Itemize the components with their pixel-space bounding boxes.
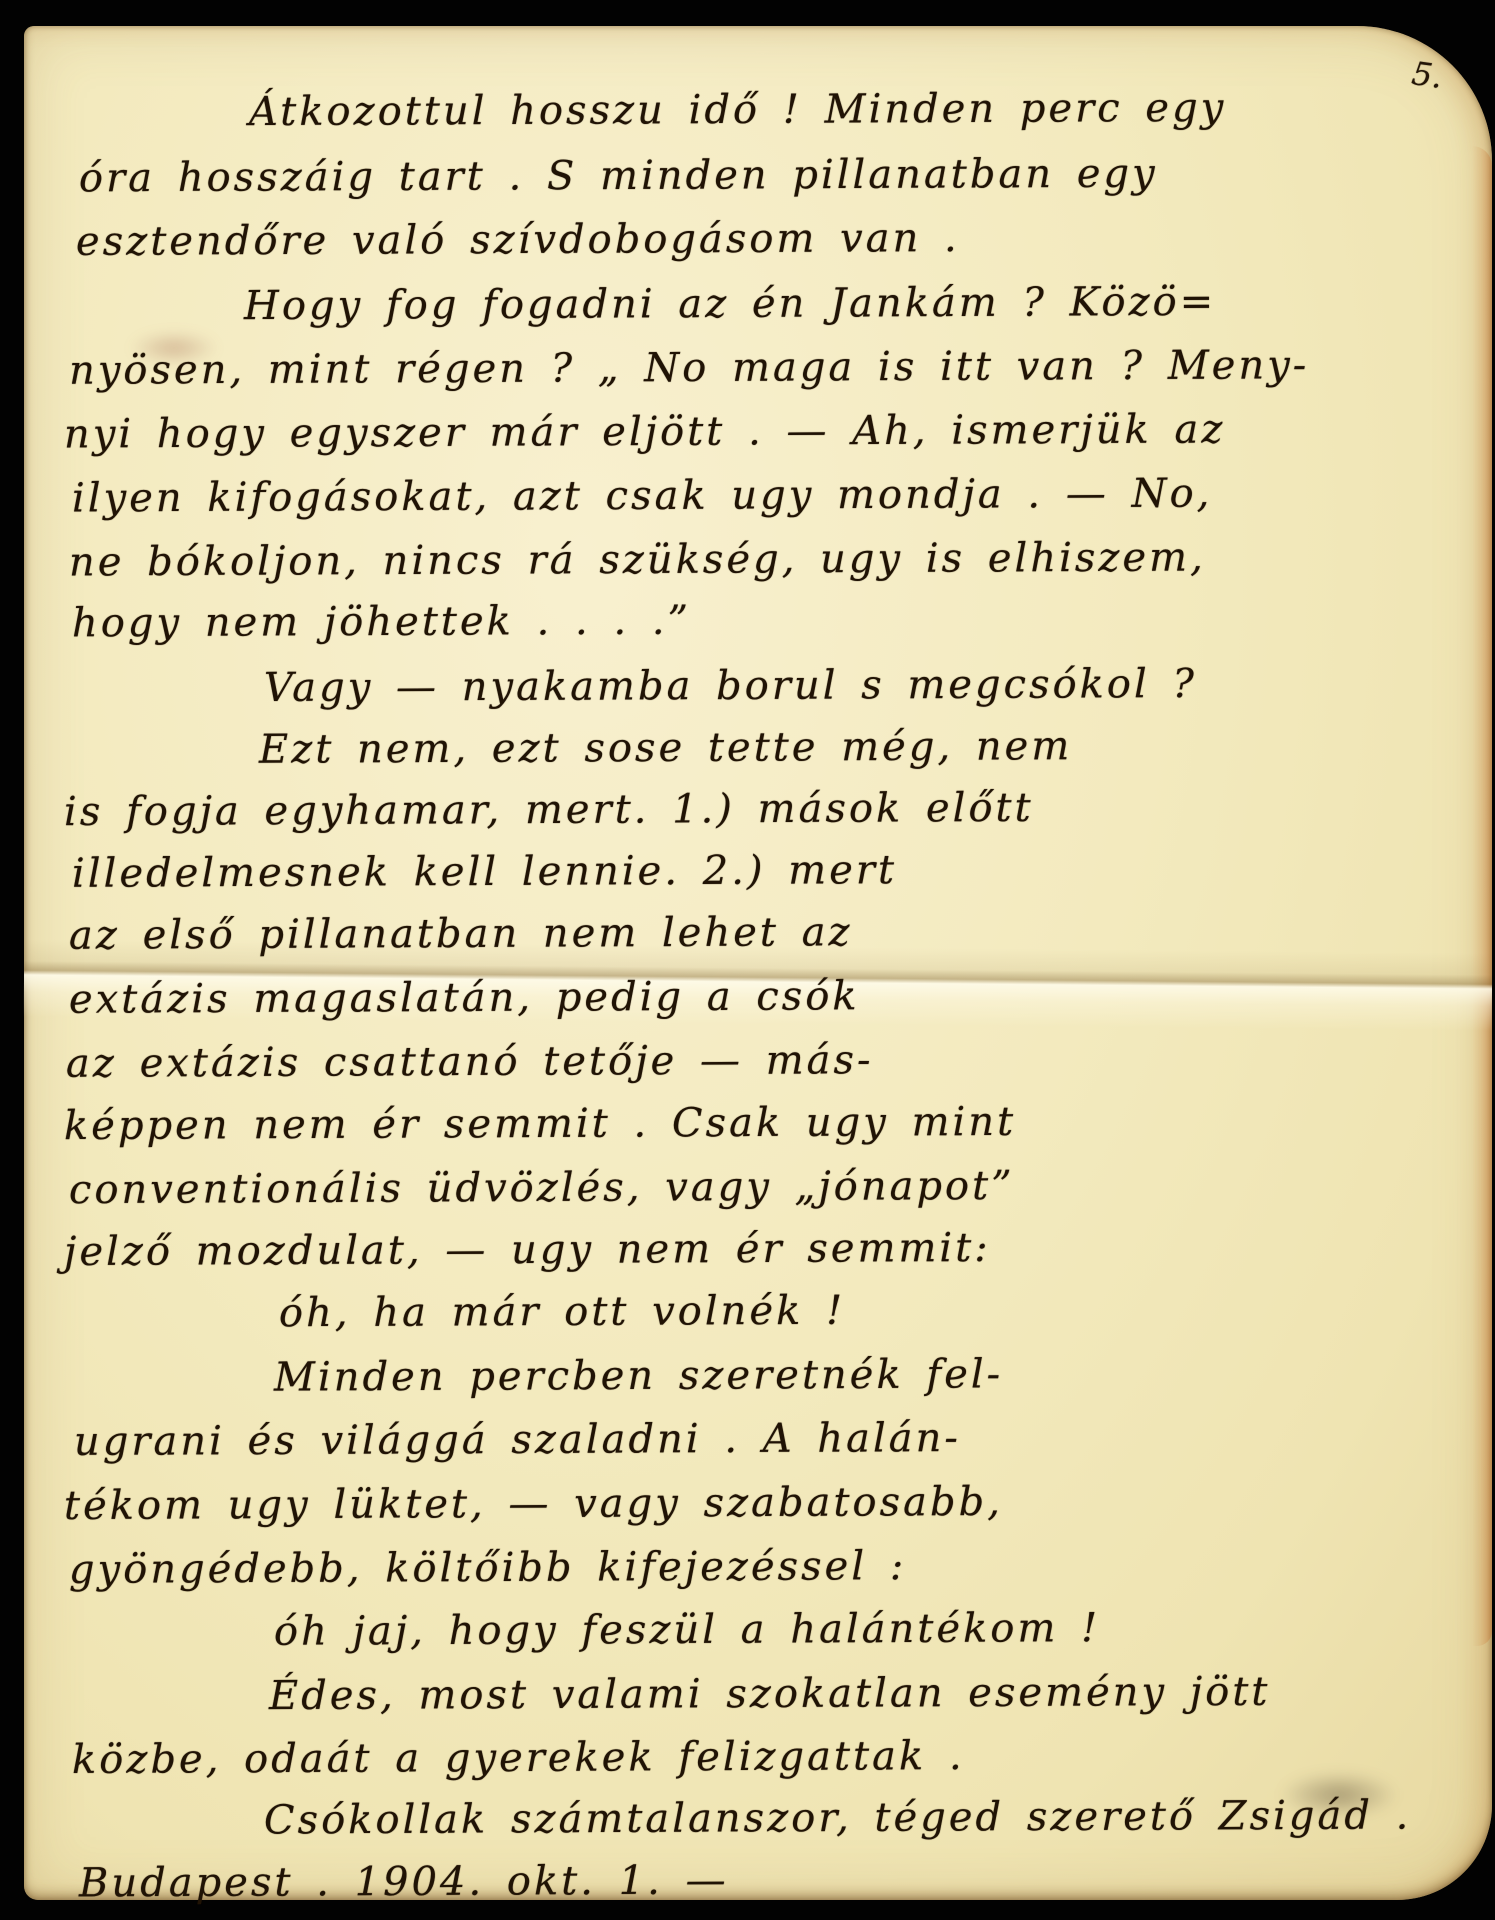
handwriting-line: jelző mozdulat, — ugy nem ér semmit: <box>64 1222 991 1278</box>
handwriting-line: közbe, odaát a gyerekek felizgattak . <box>72 1730 965 1786</box>
letter-page: 5. Átkozottul hosszu idő ! Minden perc e… <box>24 26 1492 1900</box>
handwriting-line: Édes, most valami szokatlan esemény jött <box>269 1666 1271 1722</box>
handwriting-line: Hogy fog fogadni az én Jankám ? Közö= <box>244 276 1216 332</box>
handwriting-line: az extázis csattanó tetője — más- <box>66 1034 874 1090</box>
handwriting-line: Budapest . 1904. okt. 1. — <box>79 1855 729 1910</box>
handwriting-line: ilyen kifogásokat, azt csak ugy mondja .… <box>72 468 1213 525</box>
handwriting-line: nyösen, mint régen ? „ No maga is itt va… <box>69 339 1309 396</box>
handwriting-line: ne bókoljon, nincs rá szükség, ugy is el… <box>69 532 1206 589</box>
page-number: 5. <box>1410 54 1446 96</box>
handwriting-line: óh, ha már ott volnék ! <box>279 1285 845 1339</box>
handwriting-line: esztendőre való szívdobogásom van . <box>76 212 960 268</box>
paper-burnt-edge <box>1472 146 1492 1646</box>
handwriting-line: óh jaj, hogy feszül a halántékom ! <box>274 1602 1100 1658</box>
handwriting-line: is fogja egyhamar, mert. 1.) mások előtt <box>64 782 1034 838</box>
handwriting-line: illedelmesnek kell lennie. 2.) mert <box>72 844 897 900</box>
handwriting-line: extázis magaslatán, pedig a csók <box>69 970 860 1025</box>
handwriting-line: hogy nem jöhettek . . . .” <box>72 595 691 650</box>
handwriting-line: Vagy — nyakamba borul s megcsókol ? <box>264 658 1197 714</box>
scan-background: 5. Átkozottul hosszu idő ! Minden perc e… <box>0 0 1495 1920</box>
handwriting-line: képpen nem ér semmit . Csak ugy mint <box>64 1096 1016 1152</box>
handwriting-line: gyöngédebb, költőibb kifejezéssel : <box>69 1540 907 1596</box>
handwriting-line: az első pillanatban nem lehet az <box>69 906 853 961</box>
handwriting-line: ugrani és világgá szaladni . A halán- <box>74 1412 961 1468</box>
handwriting-line: tékom ugy lüktet, — vagy szabatosabb, <box>64 1476 1003 1532</box>
handwriting-line: Ezt nem, ezt sose tette még, nem <box>259 720 1072 776</box>
handwriting-line: conventionális üdvözlés, vagy „jónapot” <box>69 1160 1015 1216</box>
handwriting-line: Átkozottul hosszu idő ! Minden perc egy <box>249 82 1226 138</box>
handwriting-line: nyi hogy egyszer már eljött . — Ah, isme… <box>64 403 1226 460</box>
handwriting-line: Csókollak számtalanszor, téged szerető Z… <box>264 1789 1412 1846</box>
handwriting-line: óra hosszáig tart . S minden pillanatban… <box>79 148 1158 205</box>
handwriting-line: Minden percben szeretnék fel- <box>274 1348 1003 1403</box>
